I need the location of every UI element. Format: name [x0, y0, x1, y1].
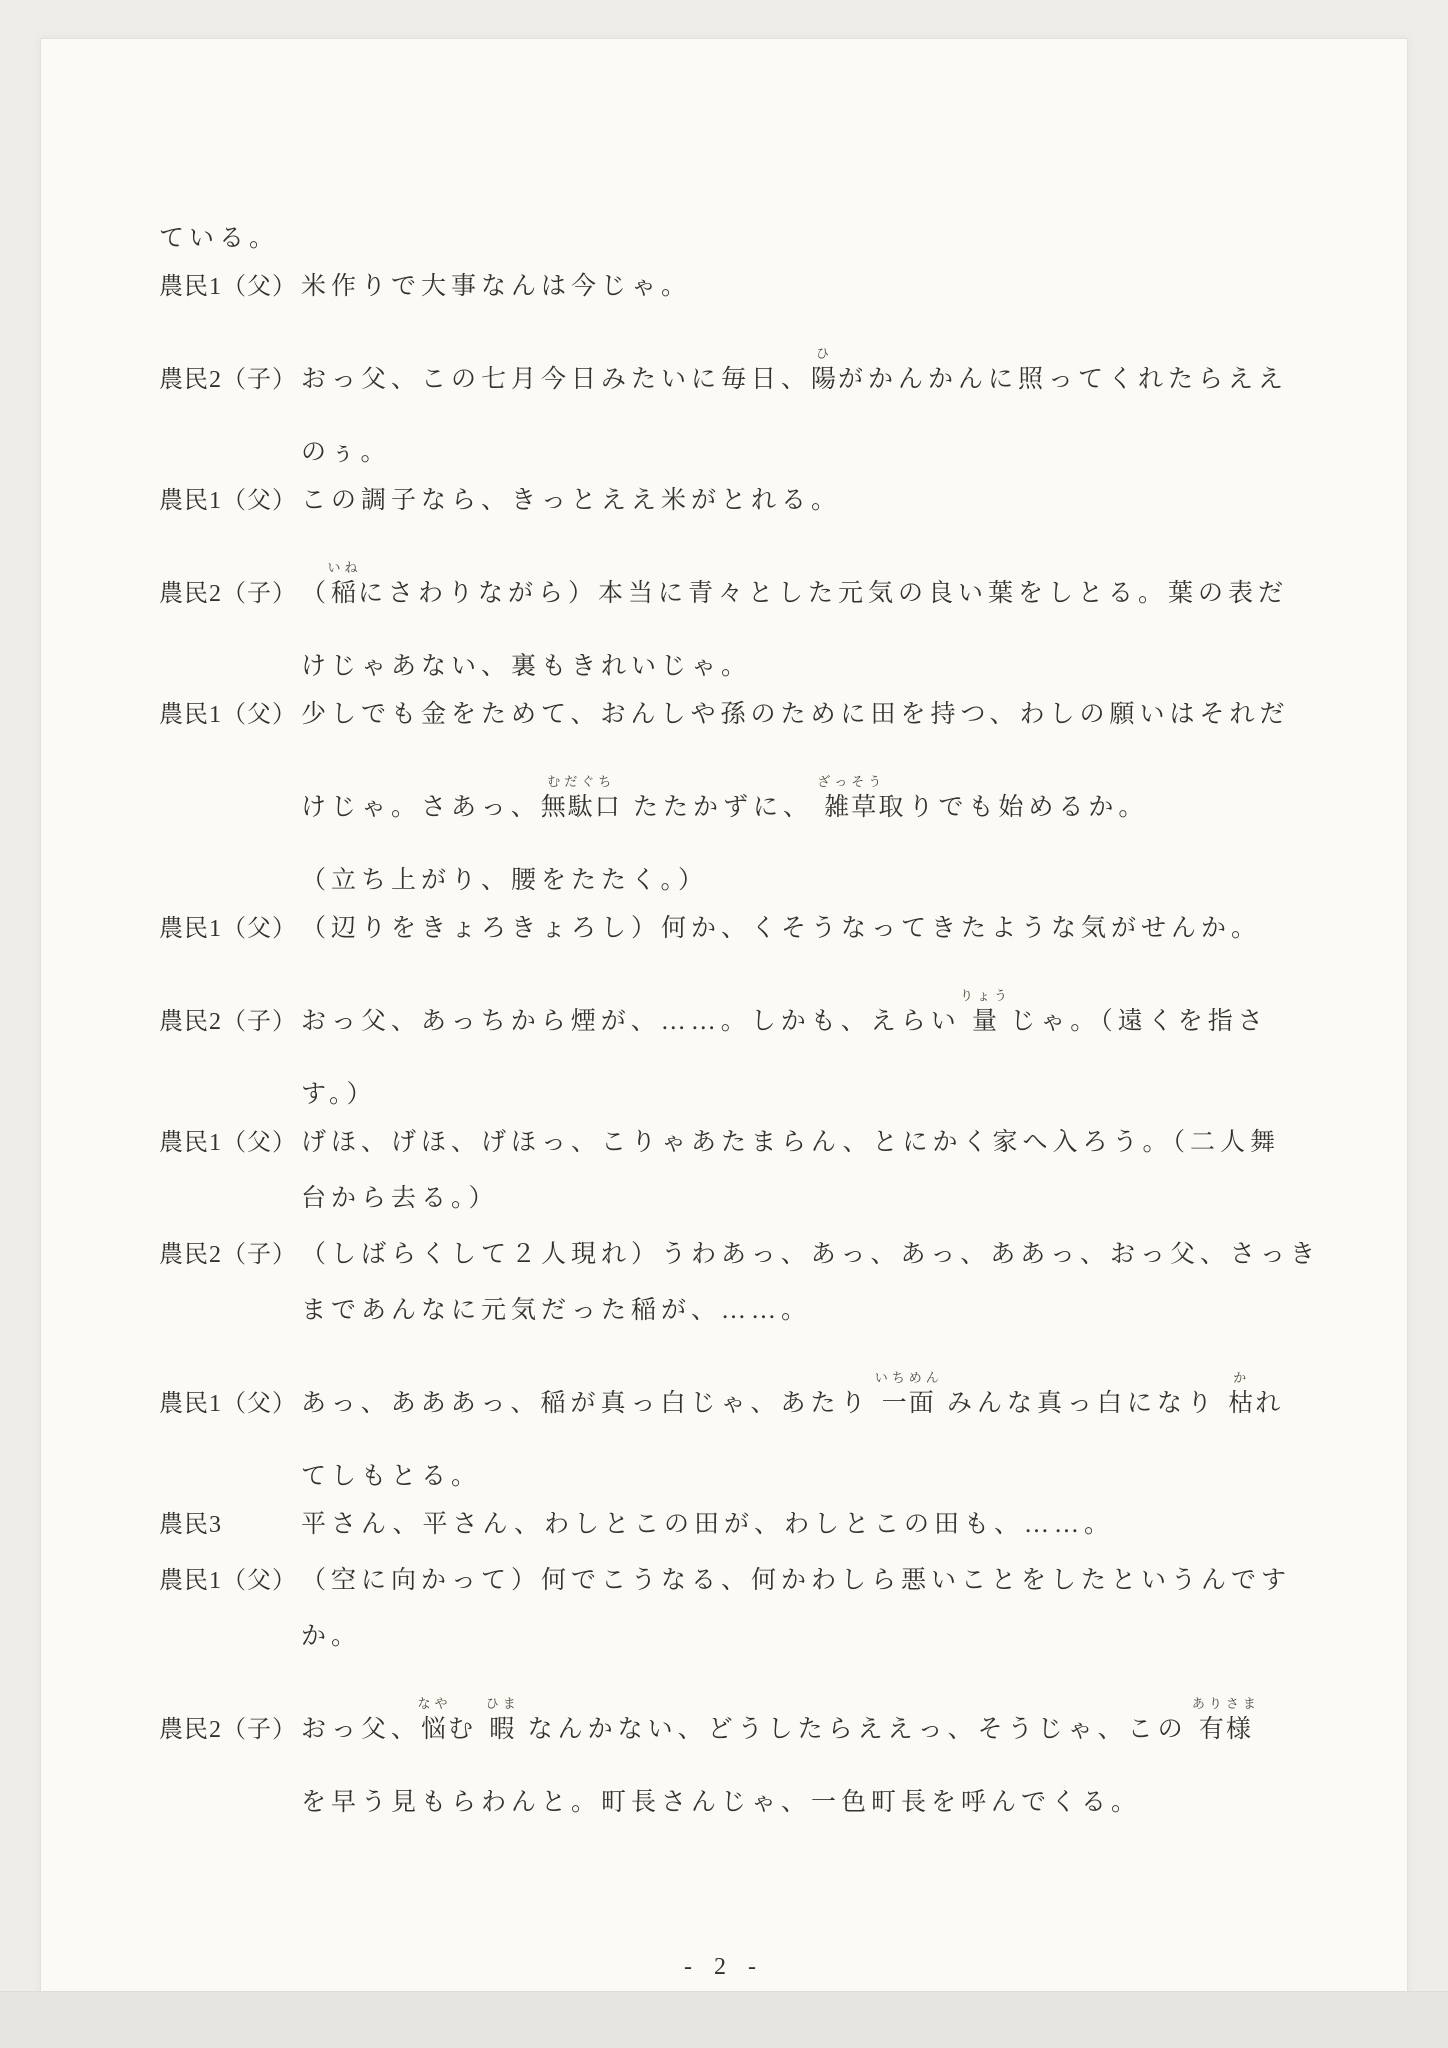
- script-line: 台から去る。）: [159, 1184, 1299, 1214]
- dialogue-text: あっ、あああっ、稲が真っ白じゃ、あたり いちめん一面 みんな真っ白になり か枯れ: [301, 1389, 1299, 1419]
- page-number: - 2 -: [41, 1954, 1407, 1981]
- speaker-label: 農民3: [159, 1510, 301, 1540]
- script-line: す。）: [159, 1080, 1299, 1110]
- ruby-word: りょう量: [972, 1007, 999, 1037]
- dialogue-text: のぅ。: [301, 438, 1299, 468]
- speaker-label: 農民2（子）: [159, 365, 301, 395]
- script-line: 農民2（子）おっ父、この七月今日みたいに毎日、ひ陽がかんかんに照ってくれたらええ: [159, 365, 1299, 395]
- speaker-label: 農民2（子）: [159, 1715, 301, 1745]
- furigana: ありさま: [1192, 1697, 1260, 1710]
- speaker-label: 農民1（父）: [159, 1566, 301, 1596]
- script-line: 農民2（子）（いね稲にさわりながら）本当に青々とした元気の良い葉をしとる。葉の表…: [159, 579, 1299, 609]
- dialogue-text: てしもとる。: [301, 1462, 1299, 1492]
- script-line: 農民2（子）（しばらくして２人現れ）うわあっ、あっ、あっ、ああっ、おっ父、さっき: [159, 1240, 1299, 1270]
- ruby-word: ひ陽: [811, 365, 838, 395]
- script-line: 農民2（子）おっ父、あっちから煙が、……。しかも、えらい りょう量 じゃ。（遠く…: [159, 1007, 1299, 1037]
- ruby-word: むだぐち無駄口: [541, 793, 622, 823]
- furigana: りょう: [960, 989, 1011, 1002]
- script-line: 農民2（子）おっ父、なや悩む ひま暇 なんかない、どうしたらええっ、そうじゃ、こ…: [159, 1715, 1299, 1745]
- script-line: 農民1（父）（空に向かって）何でこうなる、何かわしら悪いことをしたというんです: [159, 1566, 1299, 1596]
- furigana: いね: [328, 561, 362, 574]
- dialogue-text: おっ父、あっちから煙が、……。しかも、えらい りょう量 じゃ。（遠くを指さ: [301, 1007, 1299, 1037]
- dialogue-text: （立ち上がり、腰をたたく。）: [301, 866, 1299, 896]
- script-line: てしもとる。: [159, 1462, 1299, 1492]
- script-line: か。: [159, 1622, 1299, 1652]
- script-line: 農民1（父）（辺りをきょろきょろし）何か、くそうなってきたような気がせんか。: [159, 914, 1299, 944]
- script-text-block: ている。農民1（父）米作りで大事なんは今じゃ。農民2（子）おっ父、この七月今日み…: [159, 224, 1299, 1818]
- dialogue-text: 台から去る。）: [301, 1184, 1299, 1214]
- dialogue-text: す。）: [301, 1080, 1299, 1110]
- furigana: いちめん: [875, 1371, 943, 1384]
- document-page: ている。農民1（父）米作りで大事なんは今じゃ。農民2（子）おっ父、この七月今日み…: [40, 38, 1408, 1992]
- ruby-word: いね稲: [331, 579, 358, 609]
- dialogue-text: （しばらくして２人現れ）うわあっ、あっ、あっ、ああっ、おっ父、さっき: [301, 1240, 1320, 1270]
- speaker-label: 農民1（父）: [159, 272, 301, 302]
- speaker-label: 農民1（父）: [159, 1389, 301, 1419]
- dialogue-text: この調子なら、きっとええ米がとれる。: [301, 486, 1299, 516]
- speaker-label: 農民1（父）: [159, 914, 301, 944]
- speaker-label: 農民1（父）: [159, 1128, 301, 1158]
- script-line: 農民1（父）あっ、あああっ、稲が真っ白じゃ、あたり いちめん一面 みんな真っ白に…: [159, 1389, 1299, 1419]
- dialogue-text: を早う見もらわんと。町長さんじゃ、一色町長を呼んでくる。: [301, 1788, 1299, 1818]
- dialogue-text: （辺りをきょろきょろし）何か、くそうなってきたような気がせんか。: [301, 914, 1299, 944]
- script-line: 農民1（父）この調子なら、きっとええ米がとれる。: [159, 486, 1299, 516]
- ruby-word: ありさま有様: [1199, 1715, 1253, 1745]
- script-line: けじゃ。さあっ、むだぐち無駄口 たたかずに、 ざっそう雑草取りでも始めるか。: [159, 793, 1299, 823]
- script-line: けじゃあない、裏もきれいじゃ。: [159, 652, 1299, 682]
- speaker-label: 農民1（父）: [159, 700, 301, 730]
- page-bottom-edge: [0, 1991, 1448, 2048]
- ruby-word: なや悩: [421, 1715, 448, 1745]
- dialogue-text: （いね稲にさわりながら）本当に青々とした元気の良い葉をしとる。葉の表だ: [301, 579, 1299, 609]
- furigana: ひま: [486, 1697, 520, 1710]
- dialogue-text: 平さん、平さん、わしとこの田が、わしとこの田も、……。: [301, 1510, 1299, 1540]
- dialogue-text: げほ、げほ、げほっ、こりゃあたまらん、とにかく家へ入ろう。（二人舞: [301, 1128, 1299, 1158]
- ruby-word: ざっそう雑草: [824, 793, 878, 823]
- script-line: 農民1（父）米作りで大事なんは今じゃ。: [159, 272, 1299, 302]
- script-line: ている。: [159, 224, 1299, 254]
- dialogue-text: おっ父、なや悩む ひま暇 なんかない、どうしたらええっ、そうじゃ、この ありさま…: [301, 1715, 1299, 1745]
- furigana: ひ: [816, 347, 833, 360]
- speaker-label: 農民2（子）: [159, 1240, 301, 1270]
- script-line: 農民1（父）少しでも金をためて、おんしや孫のために田を持つ、わしの願いはそれだ: [159, 700, 1299, 730]
- script-line: 農民1（父）げほ、げほ、げほっ、こりゃあたまらん、とにかく家へ入ろう。（二人舞: [159, 1128, 1299, 1158]
- dialogue-text: おっ父、この七月今日みたいに毎日、ひ陽がかんかんに照ってくれたらええ: [301, 365, 1299, 395]
- script-line: のぅ。: [159, 438, 1299, 468]
- dialogue-text: まであんなに元気だった稲が、……。: [301, 1296, 1299, 1326]
- dialogue-text: （空に向かって）何でこうなる、何かわしら悪いことをしたというんです: [301, 1566, 1299, 1596]
- script-line: 農民3平さん、平さん、わしとこの田が、わしとこの田も、……。: [159, 1510, 1299, 1540]
- dialogue-text: けじゃ。さあっ、むだぐち無駄口 たたかずに、 ざっそう雑草取りでも始めるか。: [301, 793, 1299, 823]
- furigana: ざっそう: [817, 775, 885, 788]
- furigana: むだぐち: [547, 775, 615, 788]
- furigana: か: [1233, 1371, 1250, 1384]
- dialogue-text: か。: [301, 1622, 1299, 1652]
- speaker-label: 農民1（父）: [159, 486, 301, 516]
- script-line: を早う見もらわんと。町長さんじゃ、一色町長を呼んでくる。: [159, 1788, 1299, 1818]
- script-line: （立ち上がり、腰をたたく。）: [159, 866, 1299, 896]
- ruby-word: いちめん一面: [882, 1389, 936, 1419]
- dialogue-text: 米作りで大事なんは今じゃ。: [301, 272, 1299, 302]
- dialogue-text: ている。: [159, 224, 1299, 254]
- speaker-label: 農民2（子）: [159, 579, 301, 609]
- dialogue-text: 少しでも金をためて、おんしや孫のために田を持つ、わしの願いはそれだ: [301, 700, 1299, 730]
- ruby-word: ひま暇: [489, 1715, 516, 1745]
- speaker-label: 農民2（子）: [159, 1007, 301, 1037]
- dialogue-text: けじゃあない、裏もきれいじゃ。: [301, 652, 1299, 682]
- ruby-word: か枯: [1228, 1389, 1255, 1419]
- furigana: なや: [418, 1697, 452, 1710]
- script-line: まであんなに元気だった稲が、……。: [159, 1296, 1299, 1326]
